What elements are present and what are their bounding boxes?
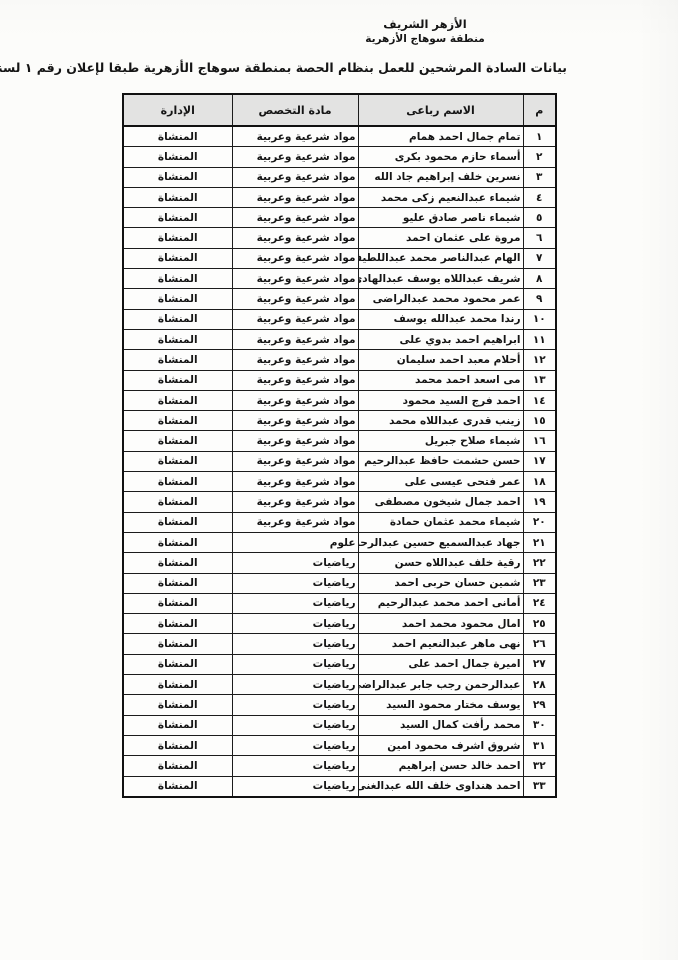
- table-row: ٣نسرين خلف إبراهيم جاد اللهمواد شرعية وع…: [123, 167, 556, 187]
- cell-name: رقية خلف عبداللاه حسن: [358, 553, 523, 573]
- table-row: ١٧حسن حشمت حافظ عبدالرحيممواد شرعية وعرب…: [123, 451, 556, 471]
- table-row: ١تمام جمال احمد هماممواد شرعية وعربيةالم…: [123, 126, 556, 147]
- cell-name: أحلام معبد احمد سليمان: [358, 350, 523, 370]
- cell-number: ٧: [523, 248, 556, 268]
- cell-number: ٢٠: [523, 512, 556, 532]
- cell-subject: مواد شرعية وعربية: [232, 208, 358, 228]
- column-header-admin: الإدارة: [123, 94, 232, 126]
- cell-name: احمد خالد حسن إبراهيم: [358, 756, 523, 776]
- cell-name: شروق اشرف محمود امين: [358, 735, 523, 755]
- cell-subject: رياضيات: [232, 654, 358, 674]
- cell-admin: المنشاة: [123, 248, 232, 268]
- cell-number: ١٥: [523, 411, 556, 431]
- cell-admin: المنشاة: [123, 614, 232, 634]
- table-row: ١٣مى اسعد احمد محمدمواد شرعية وعربيةالمن…: [123, 370, 556, 390]
- cell-subject: مواد شرعية وعربية: [232, 492, 358, 512]
- cell-number: ٢٣: [523, 573, 556, 593]
- cell-subject: مواد شرعية وعربية: [232, 431, 358, 451]
- cell-name: شريف عبداللاه يوسف عبدالهادى: [358, 269, 523, 289]
- scanned-document-page: الأزهر الشريف منطقة سوهاج الأزهرية بيانا…: [0, 0, 678, 960]
- table-row: ٨شريف عبداللاه يوسف عبدالهادىمواد شرعية …: [123, 269, 556, 289]
- cell-name: جهاد عبدالسميع حسين عبدالرحيم: [358, 532, 523, 552]
- cell-name: شيماء ناصر صادق عليو: [358, 208, 523, 228]
- cell-number: ٢٤: [523, 593, 556, 613]
- table-body: ١تمام جمال احمد هماممواد شرعية وعربيةالم…: [123, 126, 556, 797]
- cell-subject: رياضيات: [232, 715, 358, 735]
- cell-subject: رياضيات: [232, 593, 358, 613]
- table-row: ٣٢احمد خالد حسن إبراهيمرياضياتالمنشاة: [123, 756, 556, 776]
- cell-admin: المنشاة: [123, 126, 232, 147]
- cell-admin: المنشاة: [123, 675, 232, 695]
- table-row: ١٨عمر فتحى عيسى علىمواد شرعية وعربيةالمن…: [123, 472, 556, 492]
- cell-number: ١١: [523, 329, 556, 349]
- cell-name: مى اسعد احمد محمد: [358, 370, 523, 390]
- table-row: ٦مروة على عثمان احمدمواد شرعية وعربيةالم…: [123, 228, 556, 248]
- cell-subject: مواد شرعية وعربية: [232, 472, 358, 492]
- cell-admin: المنشاة: [123, 735, 232, 755]
- column-header-subject: مادة التخصص: [232, 94, 358, 126]
- cell-admin: المنشاة: [123, 715, 232, 735]
- cell-admin: المنشاة: [123, 289, 232, 309]
- cell-number: ٥: [523, 208, 556, 228]
- cell-name: شيماء صلاح جبريل: [358, 431, 523, 451]
- cell-subject: رياضيات: [232, 573, 358, 593]
- table-row: ٣١شروق اشرف محمود امينرياضياتالمنشاة: [123, 735, 556, 755]
- cell-number: ٤: [523, 187, 556, 207]
- cell-name: زينب قدرى عبداللاه محمد: [358, 411, 523, 431]
- table-row: ٥شيماء ناصر صادق عليومواد شرعية وعربيةال…: [123, 208, 556, 228]
- cell-subject: رياضيات: [232, 634, 358, 654]
- cell-number: ٢: [523, 147, 556, 167]
- cell-number: ٨: [523, 269, 556, 289]
- cell-admin: المنشاة: [123, 208, 232, 228]
- table-row: ٢أسماء حازم محمود بكرىمواد شرعية وعربيةا…: [123, 147, 556, 167]
- cell-admin: المنشاة: [123, 147, 232, 167]
- table-row: ١٦شيماء صلاح جبريلمواد شرعية وعربيةالمنش…: [123, 431, 556, 451]
- cell-name: حسن حشمت حافظ عبدالرحيم: [358, 451, 523, 471]
- table-row: ٢٠شيماء محمد عثمان حمادةمواد شرعية وعربي…: [123, 512, 556, 532]
- table-row: ٢٣شمين حسان حربى احمدرياضياتالمنشاة: [123, 573, 556, 593]
- cell-admin: المنشاة: [123, 573, 232, 593]
- cell-subject: مواد شرعية وعربية: [232, 329, 358, 349]
- cell-name: احمد هنداوى خلف الله عبدالغنى: [358, 776, 523, 797]
- cell-name: أمانى احمد محمد عبدالرحيم: [358, 593, 523, 613]
- org-region: منطقة سوهاج الأزهرية: [350, 32, 500, 47]
- cell-name: نهى ماهر عبدالنعيم احمد: [358, 634, 523, 654]
- table-row: ١٩احمد جمال شيخون مصطفىمواد شرعية وعربية…: [123, 492, 556, 512]
- cell-admin: المنشاة: [123, 390, 232, 410]
- cell-admin: المنشاة: [123, 451, 232, 471]
- cell-number: ٢١: [523, 532, 556, 552]
- cell-admin: المنشاة: [123, 329, 232, 349]
- cell-admin: المنشاة: [123, 350, 232, 370]
- cell-subject: رياضيات: [232, 756, 358, 776]
- cell-number: ١٩: [523, 492, 556, 512]
- cell-number: ١٣: [523, 370, 556, 390]
- cell-number: ٣٠: [523, 715, 556, 735]
- cell-name: شمين حسان حربى احمد: [358, 573, 523, 593]
- cell-name: شيماء محمد عثمان حمادة: [358, 512, 523, 532]
- cell-admin: المنشاة: [123, 532, 232, 552]
- cell-name: عمر فتحى عيسى على: [358, 472, 523, 492]
- cell-admin: المنشاة: [123, 553, 232, 573]
- table-header: م الاسم رباعى مادة التخصص الإدارة: [123, 94, 556, 126]
- table-row: ٢٨عبدالرحمن رجب جابر عبدالراضىرياضياتالم…: [123, 675, 556, 695]
- cell-admin: المنشاة: [123, 472, 232, 492]
- cell-subject: مواد شرعية وعربية: [232, 167, 358, 187]
- cell-subject: مواد شرعية وعربية: [232, 228, 358, 248]
- cell-number: ١٨: [523, 472, 556, 492]
- table-row: ٤شيماء عبدالنعيم زكى محمدمواد شرعية وعرب…: [123, 187, 556, 207]
- cell-admin: المنشاة: [123, 269, 232, 289]
- cell-name: ابراهيم احمد بدوي على: [358, 329, 523, 349]
- cell-name: امال محمود محمد احمد: [358, 614, 523, 634]
- cell-admin: المنشاة: [123, 593, 232, 613]
- table-row: ٧الهام عبدالناصر محمد عبداللطيفمواد شرعي…: [123, 248, 556, 268]
- cell-number: ٦: [523, 228, 556, 248]
- cell-admin: المنشاة: [123, 187, 232, 207]
- cell-number: ١٧: [523, 451, 556, 471]
- cell-admin: المنشاة: [123, 411, 232, 431]
- cell-number: ١٢: [523, 350, 556, 370]
- cell-name: عبدالرحمن رجب جابر عبدالراضى: [358, 675, 523, 695]
- cell-subject: مواد شرعية وعربية: [232, 147, 358, 167]
- table-row: ٢٢رقية خلف عبداللاه حسنرياضياتالمنشاة: [123, 553, 556, 573]
- table-row: ٣٣احمد هنداوى خلف الله عبدالغنىرياضياتال…: [123, 776, 556, 797]
- cell-name: احمد جمال شيخون مصطفى: [358, 492, 523, 512]
- cell-subject: مواد شرعية وعربية: [232, 350, 358, 370]
- cell-name: عمر محمود محمد عبدالراضى: [358, 289, 523, 309]
- table-row: ٢٦نهى ماهر عبدالنعيم احمدرياضياتالمنشاة: [123, 634, 556, 654]
- cell-name: تمام جمال احمد همام: [358, 126, 523, 147]
- table-header-row: م الاسم رباعى مادة التخصص الإدارة: [123, 94, 556, 126]
- cell-subject: مواد شرعية وعربية: [232, 289, 358, 309]
- cell-admin: المنشاة: [123, 228, 232, 248]
- cell-name: شيماء عبدالنعيم زكى محمد: [358, 187, 523, 207]
- cell-number: ٢٥: [523, 614, 556, 634]
- cell-subject: مواد شرعية وعربية: [232, 512, 358, 532]
- cell-subject: مواد شرعية وعربية: [232, 187, 358, 207]
- cell-subject: مواد شرعية وعربية: [232, 451, 358, 471]
- cell-number: ٣٣: [523, 776, 556, 797]
- cell-subject: رياضيات: [232, 735, 358, 755]
- cell-number: ٢٨: [523, 675, 556, 695]
- cell-subject: مواد شرعية وعربية: [232, 248, 358, 268]
- cell-name: مروة على عثمان احمد: [358, 228, 523, 248]
- cell-admin: المنشاة: [123, 309, 232, 329]
- table-row: ٢٤أمانى احمد محمد عبدالرحيمرياضياتالمنشا…: [123, 593, 556, 613]
- table-row: ٢١جهاد عبدالسميع حسين عبدالرحيمعلومالمنش…: [123, 532, 556, 552]
- cell-name: محمد رأفت كمال السيد: [358, 715, 523, 735]
- cell-admin: المنشاة: [123, 634, 232, 654]
- column-header-number: م: [523, 94, 556, 126]
- table-row: ٢٥امال محمود محمد احمدرياضياتالمنشاة: [123, 614, 556, 634]
- cell-admin: المنشاة: [123, 512, 232, 532]
- cell-subject: رياضيات: [232, 695, 358, 715]
- cell-number: ٢٩: [523, 695, 556, 715]
- candidates-table: م الاسم رباعى مادة التخصص الإدارة ١تمام …: [122, 93, 557, 798]
- cell-subject: رياضيات: [232, 675, 358, 695]
- cell-number: ١٤: [523, 390, 556, 410]
- cell-subject: مواد شرعية وعربية: [232, 269, 358, 289]
- cell-number: ٢٦: [523, 634, 556, 654]
- table-row: ١٢أحلام معبد احمد سليمانمواد شرعية وعربي…: [123, 350, 556, 370]
- cell-admin: المنشاة: [123, 431, 232, 451]
- cell-admin: المنشاة: [123, 695, 232, 715]
- table-row: ١١ابراهيم احمد بدوي علىمواد شرعية وعربية…: [123, 329, 556, 349]
- table-row: ٩عمر محمود محمد عبدالراضىمواد شرعية وعرب…: [123, 289, 556, 309]
- table-row: ١٠رندا محمد عبدالله يوسفمواد شرعية وعربي…: [123, 309, 556, 329]
- cell-admin: المنشاة: [123, 654, 232, 674]
- cell-number: ٣: [523, 167, 556, 187]
- column-header-name: الاسم رباعى: [358, 94, 523, 126]
- cell-name: الهام عبدالناصر محمد عبداللطيف: [358, 248, 523, 268]
- cell-subject: مواد شرعية وعربية: [232, 390, 358, 410]
- cell-name: نسرين خلف إبراهيم جاد الله: [358, 167, 523, 187]
- cell-number: ٩: [523, 289, 556, 309]
- cell-subject: رياضيات: [232, 614, 358, 634]
- cell-subject: رياضيات: [232, 553, 358, 573]
- cell-subject: مواد شرعية وعربية: [232, 309, 358, 329]
- table-row: ١٤احمد فرج السيد محمودمواد شرعية وعربيةا…: [123, 390, 556, 410]
- cell-subject: علوم: [232, 532, 358, 552]
- cell-admin: المنشاة: [123, 492, 232, 512]
- cell-admin: المنشاة: [123, 370, 232, 390]
- org-name: الأزهر الشريف: [350, 16, 500, 32]
- cell-number: ٢٢: [523, 553, 556, 573]
- cell-admin: المنشاة: [123, 167, 232, 187]
- cell-subject: مواد شرعية وعربية: [232, 370, 358, 390]
- org-header: الأزهر الشريف منطقة سوهاج الأزهرية: [350, 16, 500, 47]
- cell-name: رندا محمد عبدالله يوسف: [358, 309, 523, 329]
- cell-number: ٣٢: [523, 756, 556, 776]
- cell-number: ١٠: [523, 309, 556, 329]
- cell-subject: مواد شرعية وعربية: [232, 126, 358, 147]
- cell-number: ٢٧: [523, 654, 556, 674]
- table-row: ١٥زينب قدرى عبداللاه محمدمواد شرعية وعرب…: [123, 411, 556, 431]
- cell-admin: المنشاة: [123, 756, 232, 776]
- cell-name: أسماء حازم محمود بكرى: [358, 147, 523, 167]
- cell-admin: المنشاة: [123, 776, 232, 797]
- table-row: ٢٩يوسف مختار محمود السيدرياضياتالمنشاة: [123, 695, 556, 715]
- table-row: ٣٠محمد رأفت كمال السيدرياضياتالمنشاة: [123, 715, 556, 735]
- cell-name: احمد فرج السيد محمود: [358, 390, 523, 410]
- cell-number: ١٦: [523, 431, 556, 451]
- cell-name: اميرة جمال احمد على: [358, 654, 523, 674]
- cell-number: ١: [523, 126, 556, 147]
- cell-number: ٣١: [523, 735, 556, 755]
- table-row: ٢٧اميرة جمال احمد علىرياضياتالمنشاة: [123, 654, 556, 674]
- cell-name: يوسف مختار محمود السيد: [358, 695, 523, 715]
- document-title: بيانات السادة المرشحين للعمل بنظام الحصة…: [112, 60, 567, 75]
- cell-subject: رياضيات: [232, 776, 358, 797]
- cell-subject: مواد شرعية وعربية: [232, 411, 358, 431]
